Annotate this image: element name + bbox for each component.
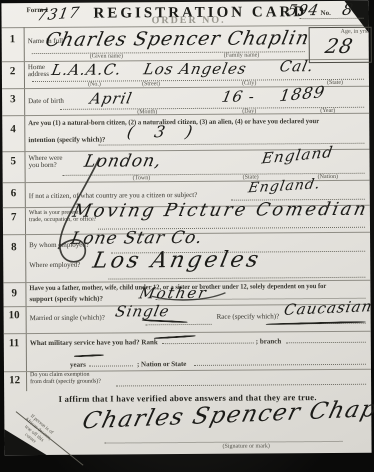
- employment-place-handwritten: Los Angeles: [91, 247, 264, 273]
- row-12-number: 12: [9, 374, 20, 386]
- race-handwritten: Caucasian: [283, 297, 374, 319]
- number-column-rule: [24, 27, 28, 391]
- nation-state-label: ; Nation or State: [137, 360, 187, 368]
- row-11-number: 11: [9, 337, 19, 349]
- age-value-handwritten: 28: [323, 34, 355, 58]
- row-5-label-line2: you born?: [29, 161, 57, 169]
- row-5-number: 5: [10, 155, 16, 167]
- pen-mark-rank: [154, 335, 196, 339]
- pen-mark-single: [142, 319, 188, 323]
- rank-entry-line: [162, 343, 254, 345]
- address-city-handwritten: Los Angeles: [142, 60, 249, 79]
- occupation-handwritten: Moving Picture Comedian: [71, 199, 371, 222]
- dependent-handwritten: Mother: [138, 284, 210, 303]
- card-number-handwritten: 8: [341, 0, 356, 19]
- no-label: No.: [320, 9, 330, 17]
- branch-label: ; branch: [256, 337, 282, 345]
- marital-label: Married or single (which)?: [30, 314, 105, 323]
- subject-country-handwritten: England.: [247, 176, 322, 196]
- birth-town-handwritten: London,: [82, 151, 163, 172]
- years-label: years: [70, 361, 86, 369]
- nation-state-entry-line: [194, 364, 366, 366]
- years-entry-line: [89, 365, 133, 366]
- row-4-number: 4: [10, 123, 16, 135]
- row-6-number: 6: [11, 187, 17, 199]
- row-10-rule: [4, 331, 371, 335]
- registration-card-photo: Form 1 7317 REGISTRATION CARD ORDER NO. …: [0, 0, 374, 472]
- order-no-stamp: ORDER NO.: [152, 15, 226, 27]
- birth-nation-handwritten: England: [260, 143, 334, 168]
- row-12-entry-line: [116, 384, 366, 387]
- registration-card: Form 1 7317 REGISTRATION CARD ORDER NO. …: [1, 1, 371, 456]
- tear-corner-note: If person is of African descent, tear of…: [0, 398, 73, 466]
- name-entry-handwritten: Charles Spencer Chaplin: [43, 27, 311, 51]
- row-3-label: Date of birth: [28, 97, 64, 105]
- row-3-number: 3: [10, 93, 16, 105]
- row-1-number: 1: [10, 33, 16, 45]
- row-1-entry-line: [32, 51, 305, 54]
- row-2-number: 2: [10, 65, 16, 77]
- birth-day-handwritten: 16 -: [220, 88, 257, 106]
- row-4-label-line2: intention (specify which)?: [28, 136, 105, 145]
- row-6-label: If not a citizen, of what country are yo…: [29, 191, 198, 200]
- row-2-label-line2: address: [28, 70, 49, 78]
- marital-handwritten: Single: [114, 302, 172, 320]
- pen-mark-years: [74, 354, 104, 357]
- branch-entry-line: [286, 342, 366, 344]
- employment-place-label: Where employed?: [29, 261, 80, 269]
- row-2-entry-line: [32, 79, 364, 82]
- signature-sublabel: (Signature or mark): [223, 443, 270, 449]
- military-label: What military service have you had? Rank: [30, 338, 158, 347]
- row-12-label-line2: from draft (specify grounds)?: [30, 379, 101, 385]
- order-number-handwritten: 594: [286, 1, 321, 19]
- row-7-number: 7: [11, 211, 17, 223]
- race-label: Race (specify which)?: [217, 312, 280, 320]
- row-8-number: 8: [11, 241, 17, 253]
- row-9-number: 9: [11, 287, 17, 299]
- row-10-number: 10: [9, 309, 20, 321]
- address-state-handwritten: Cal.: [278, 57, 316, 75]
- serial-number-handwritten: 7317: [36, 3, 82, 24]
- age-box: Age, in yrs. 28: [309, 27, 372, 63]
- family-name-sublabel: (Family name): [224, 52, 260, 58]
- address-no-handwritten: L.A.A.C.: [50, 60, 123, 79]
- citizen-status-handwritten: ( 3 ): [125, 122, 202, 142]
- birth-year-handwritten: 1889: [278, 82, 326, 105]
- marital-entry-line: [146, 324, 212, 325]
- row-3-rule: [2, 113, 369, 117]
- row-12-label-line1: Do you claim exemption: [30, 372, 90, 378]
- employer-handwritten: Lone Star Co.: [69, 228, 205, 249]
- given-name-sublabel: (Given name): [90, 53, 123, 59]
- birth-month-handwritten: April: [88, 89, 134, 107]
- row-9-label-line2: support (specify which)?: [29, 295, 103, 304]
